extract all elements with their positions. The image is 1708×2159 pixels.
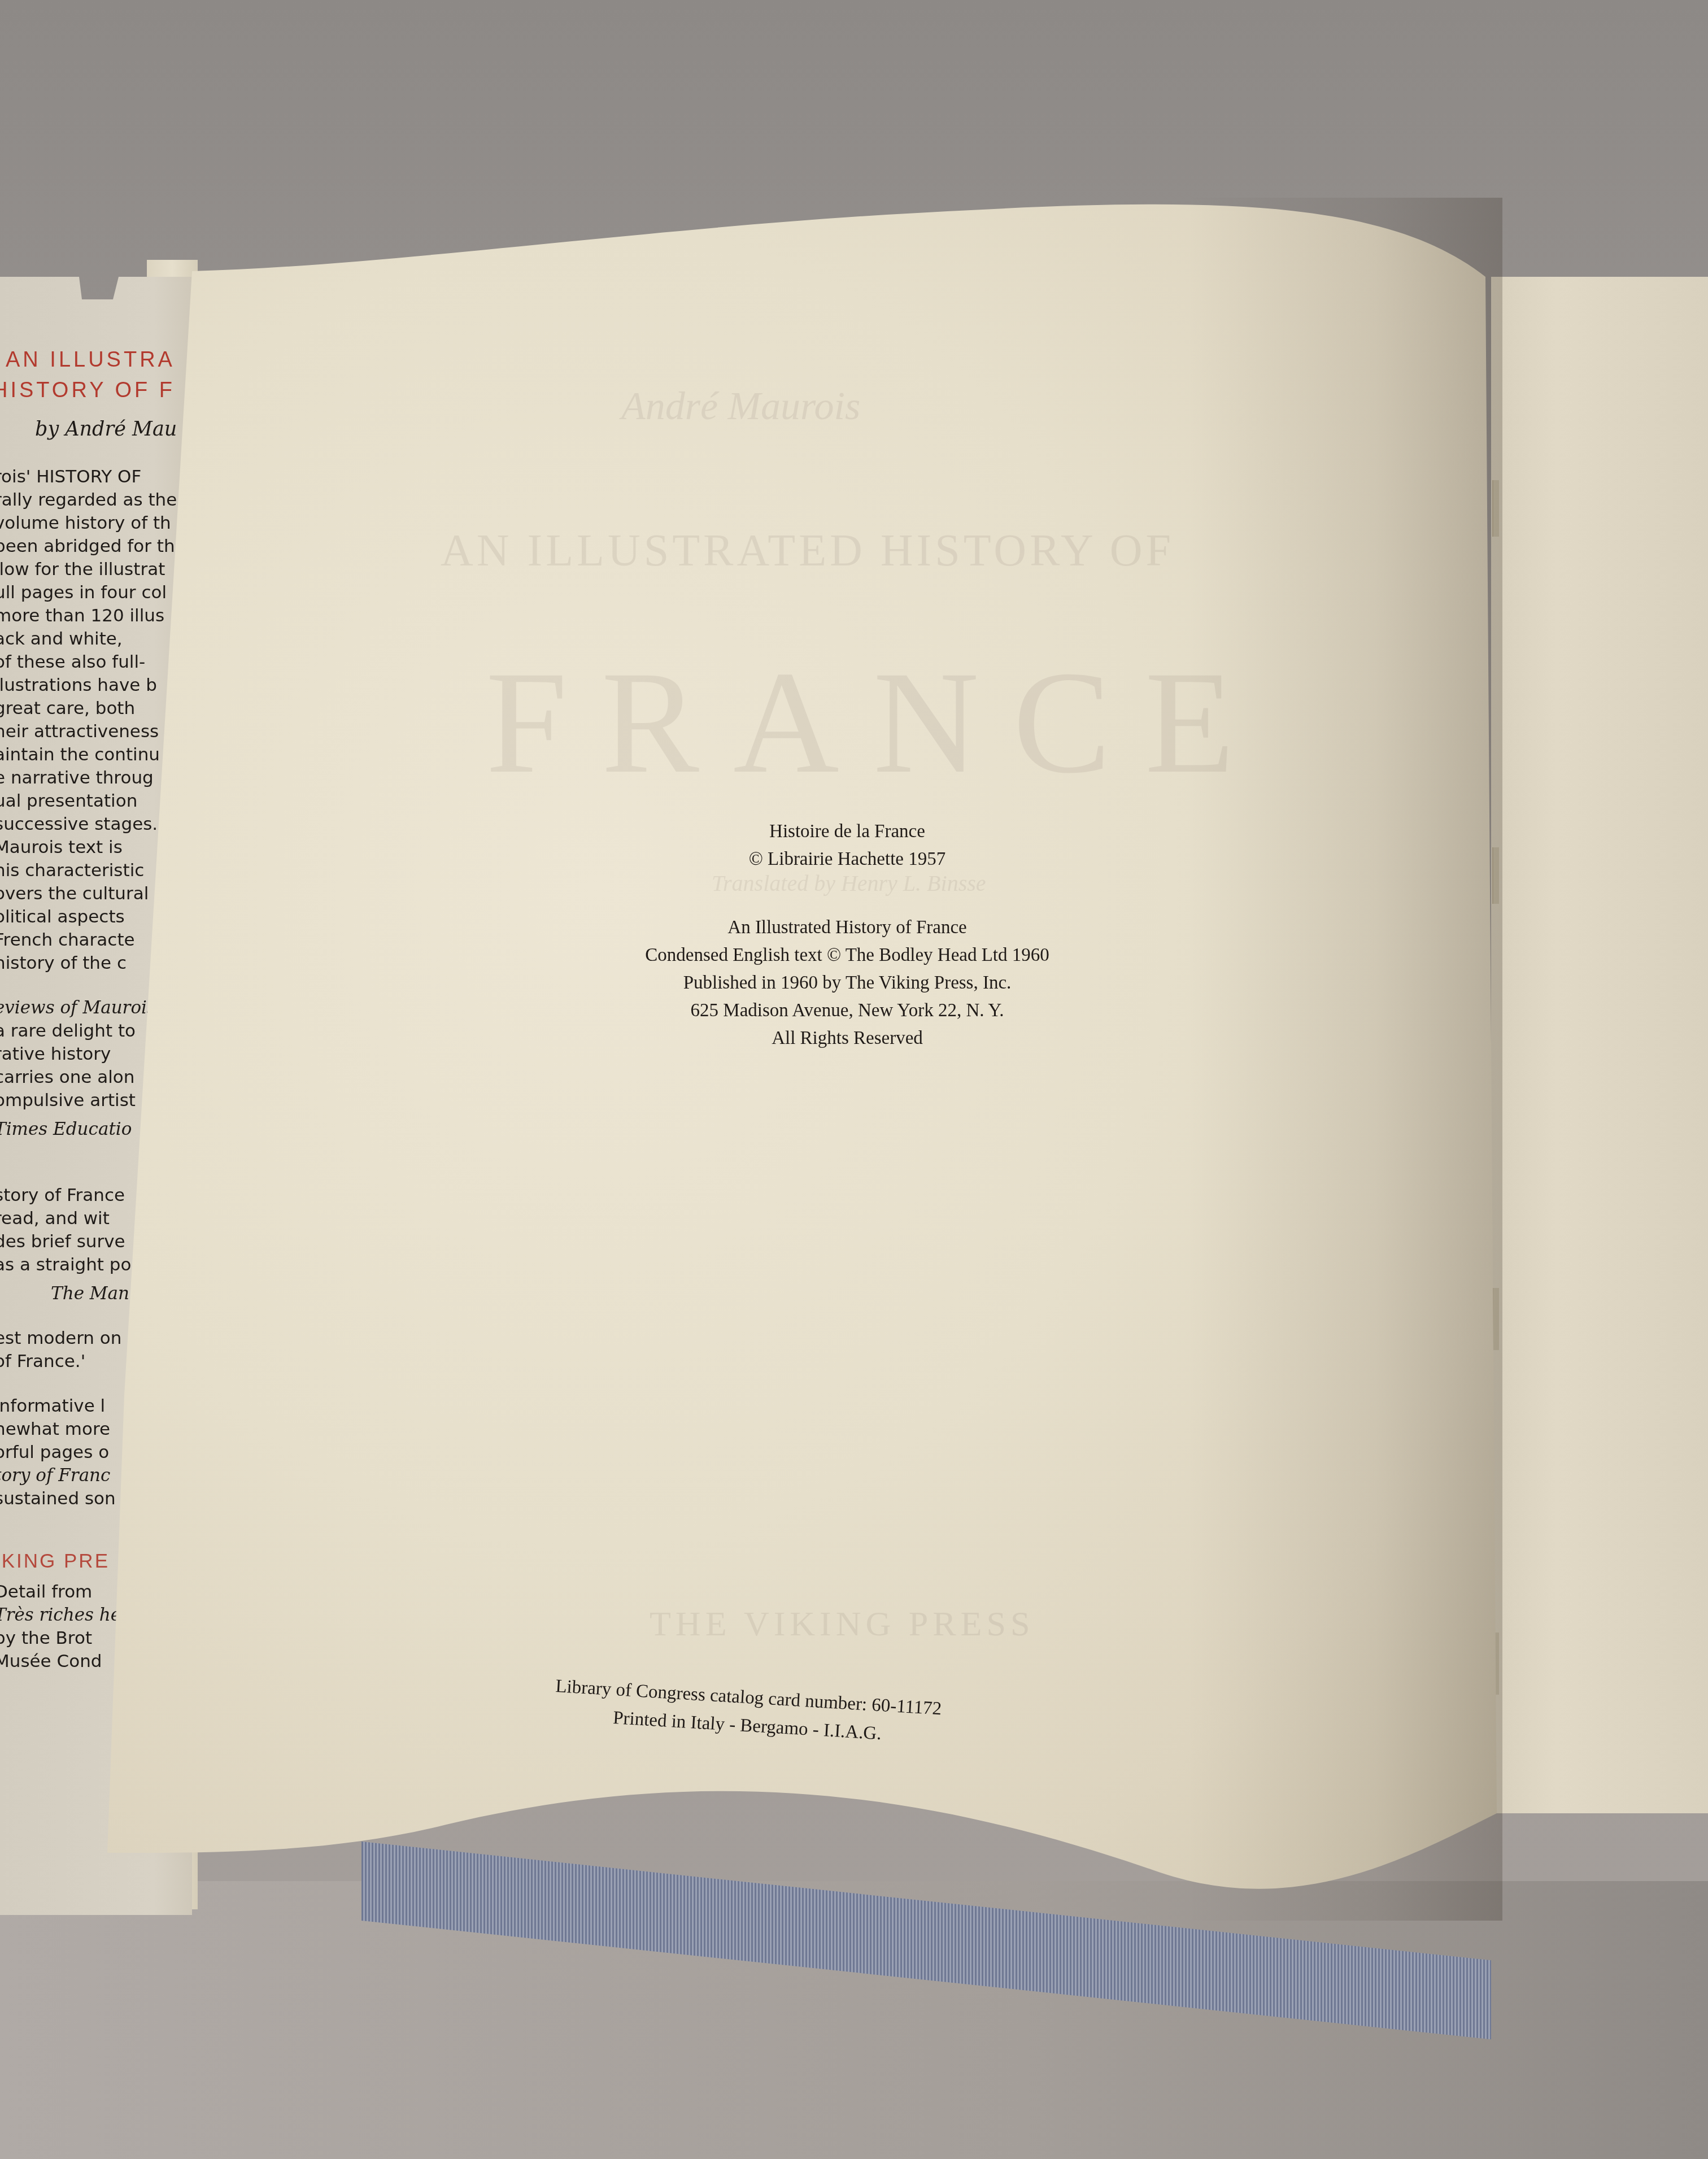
show-through-france: FRANCE [486, 638, 1269, 807]
original-copyright: © Librairie Hachette 1957 [497, 846, 1197, 873]
blurb-line: more than 120 illus [0, 604, 186, 628]
blurb-line: been abridged for th [0, 535, 186, 558]
blurb-line: ull pages in four col [0, 581, 186, 604]
blurb-line: rois' HISTORY OF [0, 465, 186, 489]
blurb-line: e narrative throug [0, 767, 186, 790]
english-title: An Illustrated History of France [497, 914, 1197, 942]
blurb-line: of these also full- [0, 651, 186, 674]
show-through-title: AN ILLUSTRATED HISTORY OF [441, 525, 1174, 577]
jacket-title-line-2: HISTORY OF F [0, 375, 186, 406]
blurb-line: ack and white, [0, 628, 186, 651]
blurb-line: llustrations have b [0, 674, 186, 697]
jacket-author: by André Mau [35, 418, 186, 441]
publisher-address: 625 Madison Avenue, New York 22, N. Y. [497, 997, 1197, 1025]
show-through-press: THE VIKING PRESS [650, 1604, 1034, 1644]
blurb-line: aintain the continu [0, 743, 186, 767]
rights-line: All Rights Reserved [497, 1025, 1197, 1052]
english-copyright: Condensed English text © The Bodley Head… [497, 942, 1197, 969]
original-title: Histoire de la France [497, 818, 1197, 846]
binding-stitch [1492, 480, 1499, 537]
binding-stitch [1492, 847, 1499, 904]
show-through-author: André Maurois [621, 384, 860, 429]
blurb-line: ual presentation [0, 790, 186, 813]
publisher-line: Published in 1960 by The Viking Press, I… [497, 969, 1197, 997]
copyright-notice: Histoire de la France © Librairie Hachet… [497, 818, 1197, 1052]
copyright-page [107, 198, 1502, 1921]
blurb-line: volume history of th [0, 512, 186, 535]
blurb-line: great care, both [0, 697, 186, 720]
jacket-title-line-1: AN ILLUSTRA [6, 345, 186, 375]
blurb-line: llow for the illustrat [0, 558, 186, 581]
right-page [1491, 277, 1708, 1813]
blurb-line: rally regarded as the [0, 489, 186, 512]
blurb-line: heir attractiveness [0, 720, 186, 743]
